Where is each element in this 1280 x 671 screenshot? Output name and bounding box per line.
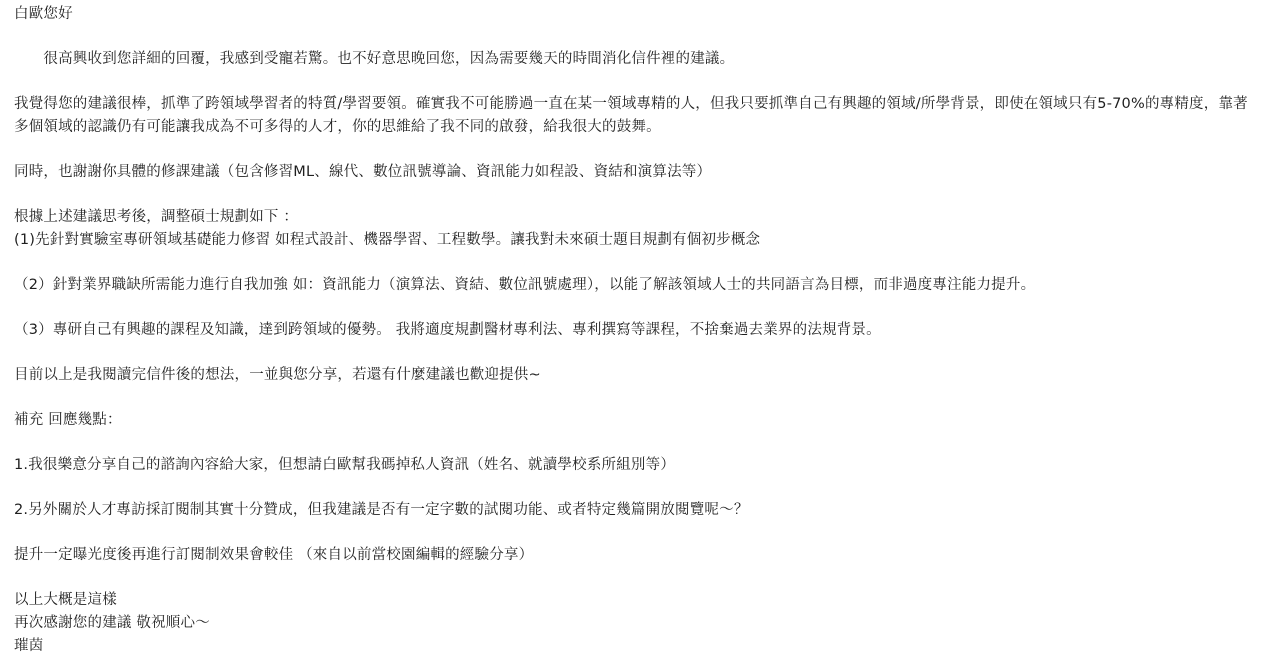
paragraph-opinion-2: 多個領域的認識仍有可能讓我成為不可多得的人才，你的思維給了我不同的啟發，給我很大… <box>14 116 661 138</box>
greeting: 白歐您好 <box>14 3 73 25</box>
plan-item-3: （3）專研自己有興趣的課程及知識，達到跨領域的優勢。 我將適度規劃醫材專利法、專… <box>14 319 881 341</box>
plan-item-2: （2）針對業界職缺所需能力進行自我加強 如：資訊能力（演算法、資結、數位訊號處理… <box>14 274 1035 296</box>
plan-intro: 根據上述建議思考後，調整碩士規劃如下 ： <box>14 206 298 228</box>
paragraph-share: 目前以上是我閱讀完信件後的想法，一並與您分享，若還有什麼建議也歡迎提供~ <box>14 364 541 386</box>
paragraph-opinion-1: 我覺得您的建議很棒，抓準了跨領域學習者的特質/學習要領。確實我不可能勝過一直在某… <box>14 93 1248 115</box>
closing-line-1: 以上大概是這樣 <box>14 589 117 611</box>
paragraph-thanks: 很高興收到您詳細的回覆，我感到受寵若驚。也不好意思晚回您，因為需要幾天的時間消化… <box>14 48 734 70</box>
supplement-item-3: 提升一定曝光度後再進行訂閱制效果會較佳 （來自以前當校園編輯的經驗分享） <box>14 544 533 566</box>
supplement-item-2: 2.另外關於人才專訪採訂閱制其實十分贊成，但我建議是否有一定字數的試閱功能、或者… <box>14 499 749 521</box>
closing-line-2: 再次感謝您的建議 敬祝順心～ <box>14 612 210 634</box>
paragraph-course-thanks: 同時，也謝謝你具體的修課建議（包含修習ML、線代、數位訊號導論、資訊能力如程設、… <box>14 161 711 183</box>
supplement-item-1: 1.我很樂意分享自己的諮詢內容給大家，但想請白歐幫我碼掉私人資訊（姓名、就讀學校… <box>14 454 675 476</box>
supplement-title: 補充 回應幾點： <box>14 409 122 431</box>
plan-item-1: (1)先針對實驗室專研領域基礎能力修習 如程式設計、機器學習、工程數學。讓我對未… <box>14 229 760 251</box>
signature: 璀茵 <box>14 635 43 657</box>
